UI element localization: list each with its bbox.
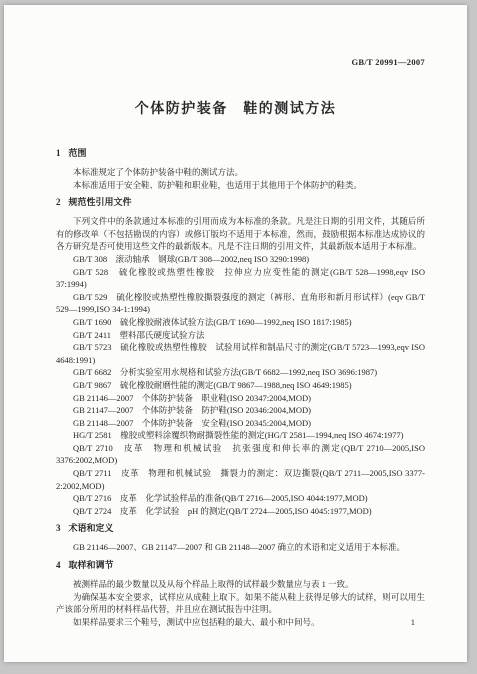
page-title: 个体防护装备 鞋的测试方法	[4, 98, 467, 118]
reference-item: QB/T 2710 皮革 物理和机械试验 抗张强度和伸长率的测定(QB/T 27…	[56, 442, 425, 467]
section-title: 取样和调节	[69, 559, 114, 572]
paragraph: 下列文件中的条款通过本标准的引用而成为本标准的条款。凡是注日期的引用文件，其随后…	[56, 215, 425, 253]
section-title: 术语和定义	[69, 522, 114, 535]
paragraph: 被测样品的最少数量以及从每个样品上取得的试样最少数量应与表 1 一致。	[56, 578, 425, 591]
section-title: 范围	[69, 147, 87, 160]
section-number: 3	[56, 522, 61, 535]
paragraph: GB 21146—2007、GB 21147—2007 和 GB 21148—2…	[56, 541, 425, 554]
paragraph: 本标准规定了个体防护装备中鞋的测试方法。	[56, 166, 425, 179]
reference-item: GB 21148—2007 个体防护装备 安全鞋(ISO 20345:2004,…	[56, 417, 425, 430]
reference-item: QB/T 2711 皮革 物理和机械试验 撕裂力的测定：双边撕裂(QB/T 27…	[56, 467, 425, 492]
reference-item: GB/T 9867 硫化橡胶耐磨性能的测定(GB/T 9867—1988,neq…	[56, 379, 425, 392]
page-number: 1	[411, 617, 415, 627]
document-page: GB/T 20991—2007 个体防护装备 鞋的测试方法 1 范围 本标准规定…	[4, 5, 467, 662]
section-heading-terms-definitions: 3 术语和定义	[56, 522, 425, 535]
section-heading-normative-references: 2 规范性引用文件	[56, 196, 425, 209]
reference-item: GB 21146—2007 个体防护装备 职业鞋(ISO 20347:2004,…	[56, 392, 425, 405]
paragraph: 为确保基本安全要求，试样应从成鞋上取下。如果不能从鞋上获得足够大的试样，则可以用…	[56, 591, 425, 616]
reference-item: GB/T 528 硫化橡胶或热塑性橡胶 拉伸应力应变性能的测定(GB/T 528…	[56, 266, 425, 291]
reference-item: GB/T 308 滚动轴承 钢球(GB/T 308—2002,neq ISO 3…	[56, 253, 425, 266]
reference-item: GB 21147—2007 个体防护装备 防护鞋(ISO 20346:2004,…	[56, 404, 425, 417]
document-content: 1 范围 本标准规定了个体防护装备中鞋的测试方法。 本标准适用于安全鞋、防护鞋和…	[56, 142, 425, 628]
reference-item: QB/T 2716 皮革 化学试验样品的准备(QB/T 2716—2005,IS…	[56, 492, 425, 505]
reference-item: GB/T 6682 分析实验室用水规格和试验方法(GB/T 6682—1992,…	[56, 366, 425, 379]
section-number: 4	[56, 559, 61, 572]
references-list: GB/T 308 滚动轴承 钢球(GB/T 308—2002,neq ISO 3…	[56, 253, 425, 517]
reference-item: GB/T 529 硫化橡胶或热塑性橡胶撕裂强度的测定（裤形、直角形和新月形试样）…	[56, 291, 425, 316]
paragraph: 如果样品要求三个鞋号，测试中应包括鞋的最大、最小和中间号。	[56, 616, 425, 629]
reference-item: GB/T 5723 硫化橡胶或热塑性橡胶 试验用试样和制品尺寸的测定(GB/T …	[56, 341, 425, 366]
section-number: 1	[56, 147, 61, 160]
reference-item: QB/T 2724 皮革 化学试验 pH 的测定(QB/T 2724—2005,…	[56, 505, 425, 518]
paragraph: 本标准适用于安全鞋、防护鞋和职业鞋，也适用于其他用于个体防护的鞋类。	[56, 179, 425, 192]
section-title: 规范性引用文件	[69, 196, 132, 209]
section-heading-sampling-conditioning: 4 取样和调节	[56, 559, 425, 572]
reference-item: GB/T 2411 塑料邵氏硬度试验方法	[56, 329, 425, 342]
section-number: 2	[56, 196, 61, 209]
scan-background: GB/T 20991—2007 个体防护装备 鞋的测试方法 1 范围 本标准规定…	[0, 0, 477, 674]
standard-code: GB/T 20991—2007	[351, 57, 425, 67]
reference-item: HG/T 2581 橡胶或塑料涂覆织物耐撕裂性能的测定(HG/T 2581—19…	[56, 429, 425, 442]
section-heading-scope: 1 范围	[56, 147, 425, 160]
reference-item: GB/T 1690 硫化橡胶耐液体试验方法(GB/T 1690—1992,neq…	[56, 316, 425, 329]
